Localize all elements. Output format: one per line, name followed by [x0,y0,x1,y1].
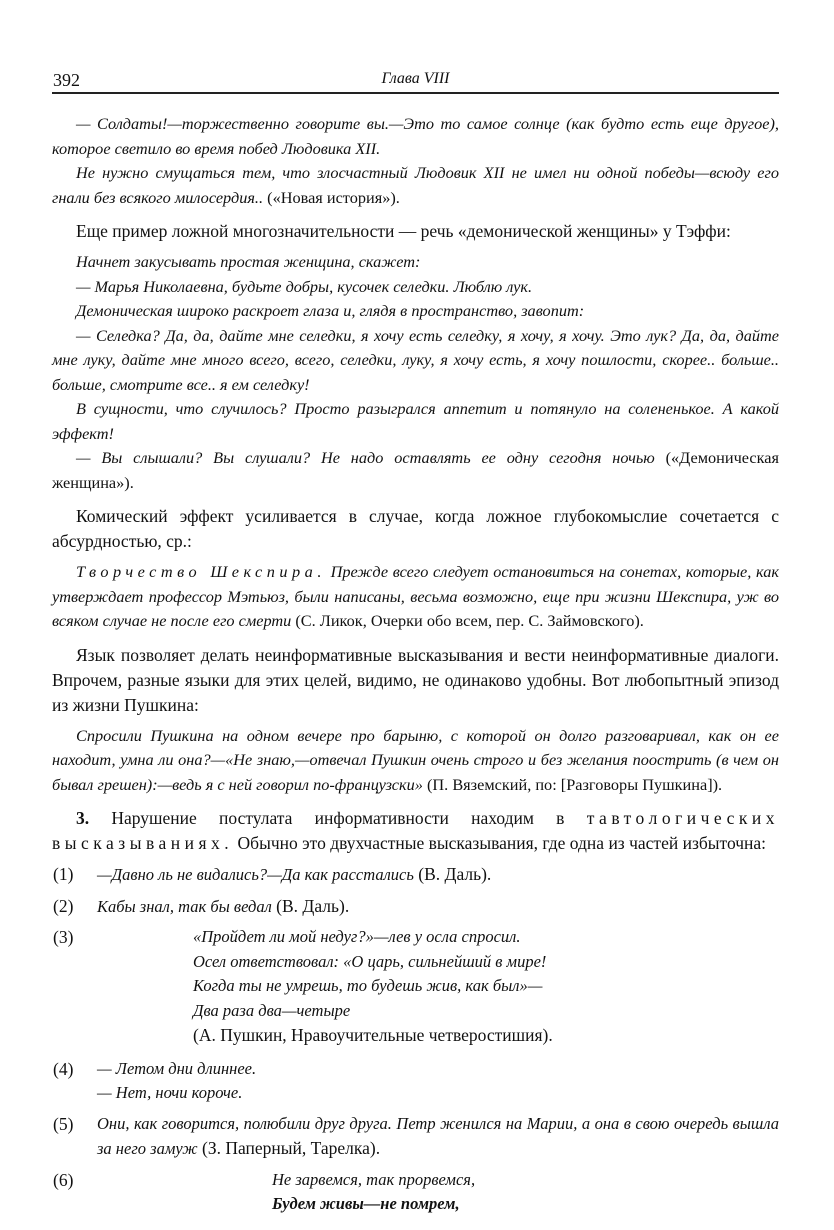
header-rule [52,92,779,94]
example-text: — Летом дни длиннее. — Нет, ночи короче. [97,1057,779,1106]
quote-line: Демоническая широко раскроет глаза и, гл… [52,299,779,324]
example-4: (4) — Летом дни длиннее. — Нет, ночи кор… [52,1057,779,1106]
example-number: (1) [53,862,73,887]
quote-source: («Новая история»). [263,188,400,207]
example-poem: «Пройдет ли мой недуг?»—лев у осла спрос… [193,925,779,1048]
example-number: (3) [53,925,73,950]
quote-line: Творчество Шекспира. Прежде всего следуе… [52,560,779,634]
quote-line: — Солдаты!—торжественно говорите вы.—Это… [52,112,779,161]
quote-line: — Вы слышали? Вы слушали? Не надо оставл… [52,446,779,495]
quote-block-3: Творчество Шекспира. Прежде всего следуе… [52,560,779,634]
quote-line: Не нужно смущаться тем, что злосчастный … [52,161,779,210]
quote-block-1: — Солдаты!—торжественно говорите вы.—Это… [52,112,779,210]
example-text: Они, как говорится, полюбили друг друга.… [97,1112,779,1162]
poem-line: Осел ответствовал: «О царь, сильнейший в… [193,950,779,975]
example-poem: Не зарвемся, так прорвемся, Будем живы—н… [272,1168,779,1217]
quote-text: Не нужно смущаться тем, что злосчастный … [52,163,779,207]
example-source: (В. Даль). [272,896,349,916]
quote-text: — Вы слышали? Вы слушали? Не надо оставл… [76,448,655,467]
quote-block-2: Начнет закусывать простая женщина, скаже… [52,250,779,495]
section-paragraph-3: 3. Нарушение постулата информативности н… [52,806,779,856]
poem-line: Когда ты не умрешь, то будешь жив, как б… [193,974,779,999]
example-italic: Кабы знал, так бы ведал [97,897,272,916]
example-number: (4) [53,1057,73,1082]
quote-source: (П. Вяземский, по: [Разговоры Пушкина]). [423,775,722,794]
example-source: (В. Даль). [414,864,491,884]
paragraph-text: Нарушение постулата информативности нахо… [89,808,587,828]
quote-line: — Селедка? Да, да, дайте мне селедки, я … [52,324,779,398]
poem-source: (А. Пушкин, Нравоучительные четверостиши… [193,1023,779,1048]
running-title: Глава VIII [52,70,779,88]
poem-line: «Пройдет ли мой недуг?»—лев у осла спрос… [193,925,779,950]
page-header: 392 Глава VIII [52,60,779,93]
example-number: (2) [53,894,73,919]
paragraph: Еще пример ложной многозначительности — … [52,219,779,244]
paragraph-text: Обычно это двухчастные высказывания, где… [233,833,766,853]
quote-line: В сущности, что случилось? Просто разыгр… [52,397,779,446]
poem-line-bold: Будем живы—не помрем, [272,1192,779,1217]
book-page: 392 Глава VIII — Солдаты!—торжественно г… [52,60,779,93]
example-1: (1) —Давно ль не видались?—Да как расста… [52,862,779,888]
paragraph: Язык позволяет делать неинформативные вы… [52,643,779,718]
quote-line: Начнет закусывать простая женщина, скаже… [52,250,779,275]
example-text: —Давно ль не видались?—Да как расстались… [97,862,779,888]
example-source: (З. Паперный, Тарелка). [198,1138,381,1158]
section-number: 3. [76,808,89,828]
example-2: (2) Кабы знал, так бы ведал (В. Даль). [52,894,779,920]
poem-line: Не зарвемся, так прорвемся, [272,1168,779,1193]
example-number: (6) [53,1168,73,1193]
example-6: (6) Не зарвемся, так прорвемся, Будем жи… [52,1168,779,1217]
example-5: (5) Они, как говорится, полюбили друг др… [52,1112,779,1162]
quote-line: Спросили Пушкина на одном вечере про бар… [52,724,779,798]
dialog-line: — Нет, ночи короче. [97,1081,779,1106]
example-text: Кабы знал, так бы ведал (В. Даль). [97,894,779,920]
example-3: (3) «Пройдет ли мой недуг?»—лев у осла с… [52,925,779,1048]
page-body: — Солдаты!—торжественно говорите вы.—Это… [52,112,779,1217]
example-italic: —Давно ль не видались?—Да как расстались [97,865,414,884]
spaced-title: Творчество Шекспира. [76,562,326,581]
poem-line: Два раза два—четыре [193,999,779,1024]
example-number: (5) [53,1112,73,1137]
dialog-line: — Летом дни длиннее. [97,1057,779,1082]
quote-block-4: Спросили Пушкина на одном вечере про бар… [52,724,779,798]
quote-source: (С. Ликок, Очерки обо всем, пер. С. Займ… [291,611,644,630]
paragraph: Комический эффект усиливается в случае, … [52,504,779,554]
quote-line: — Марья Николаевна, будьте добры, кусоче… [52,275,779,300]
